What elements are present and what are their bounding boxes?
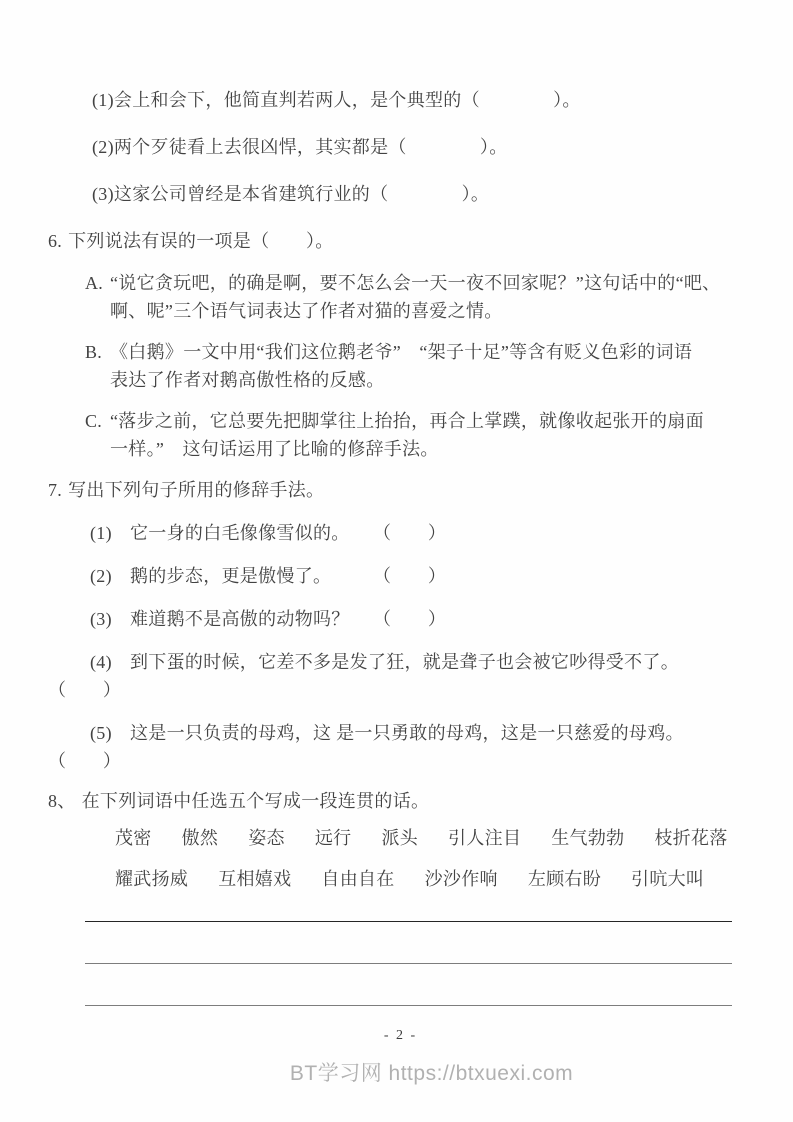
question-header: 7. 写出下列句子所用的修辞手法。 — [48, 476, 753, 504]
question-text: 写出下列句子所用的修辞手法。 — [68, 476, 324, 504]
word-item: 互相嬉戏 — [218, 865, 291, 893]
watermark: BT学习网 https://btxuexi.com — [48, 1057, 753, 1087]
answer-bracket: （ ） — [48, 747, 753, 775]
word-bank-row: 茂密傲然姿态远行派头引人注目生气勃勃枝折花落 — [115, 824, 753, 852]
question-text: 在下列词语中任选五个写成一段连贯的话。 — [82, 787, 430, 815]
item-sentence: 它一身的白毛像像雪似的。 — [130, 519, 373, 547]
word-item: 姿态 — [248, 824, 285, 852]
fill-blank-section: (1)会上和会下，他简直判若两人，是个典型的（ ）。 (2)两个歹徒看上去很凶悍… — [48, 86, 753, 208]
question-number: 7. — [48, 476, 62, 504]
item-sentence: 鹅的步态，更是傲慢了。 — [130, 562, 373, 590]
answer-bracket: （ ） — [373, 609, 446, 629]
option-line: 《白鹅》一文中用“我们这位鹅老爷” “架子十足”等含有贬义色彩的词语 — [110, 338, 692, 366]
word-item: 远行 — [315, 824, 352, 852]
item-sentence: 难道鹅不是高傲的动物吗？ — [130, 605, 373, 633]
option-line: “落步之前，它总要先把脚掌往上抬抬，再合上掌蹼，就像收起张开的扇面 — [110, 407, 704, 435]
option-text: “落步之前，它总要先把脚掌往上抬抬，再合上掌蹼，就像收起张开的扇面 一样。” 这… — [110, 407, 704, 463]
rhetoric-item: (5)这是一只负责的母鸡，这 是一只勇敢的母鸡，这是一只慈爱的母鸡。 （ ） — [90, 719, 753, 775]
item-text: 两个歹徒看上去很凶悍，其实都是（ ）。 — [114, 137, 508, 157]
item-number: (2) — [90, 562, 117, 590]
question-header: 6. 下列说法有误的一项是（ ）。 — [48, 227, 753, 255]
item-sentence: 这是一只负责的母鸡，这 是一只勇敢的母鸡，这是一只慈爱的母鸡。 — [130, 723, 684, 743]
rhetoric-item: (4)到下蛋的时候，它差不多是发了狂，就是聋子也会被它吵得受不了。 （ ） — [90, 648, 753, 704]
option-label: A. — [85, 269, 110, 325]
answer-line — [85, 1005, 732, 1006]
item-number: (2) — [92, 137, 114, 157]
item-sentence: 到下蛋的时候，它差不多是发了狂，就是聋子也会被它吵得受不了。 — [130, 652, 679, 672]
word-item: 枝折花落 — [654, 824, 727, 852]
item-text: 会上和会下，他简直判若两人，是个典型的（ ）。 — [114, 90, 581, 110]
question-number: 6. — [48, 227, 62, 255]
answer-bracket: （ ） — [373, 566, 446, 586]
item-number: (3) — [92, 184, 114, 204]
option-b: B. 《白鹅》一文中用“我们这位鹅老爷” “架子十足”等含有贬义色彩的词语 表达… — [85, 338, 753, 394]
word-item: 自由自在 — [321, 865, 394, 893]
word-item: 引人注目 — [448, 824, 521, 852]
word-bank-row: 耀武扬威互相嬉戏自由自在沙沙作响左顾右盼引吭大叫 — [115, 865, 753, 893]
fill-blank-item: (2)两个歹徒看上去很凶悍，其实都是（ ）。 — [92, 133, 753, 161]
answer-bracket: （ ） — [373, 523, 446, 543]
rhetoric-item: (2)鹅的步态，更是傲慢了。（ ） — [90, 562, 753, 590]
option-text: “说它贪玩吧，的确是啊，要不怎么会一天一夜不回家呢？”这句话中的“吧、 啊、呢”… — [110, 269, 720, 325]
word-item: 沙沙作响 — [425, 865, 498, 893]
word-item: 引吭大叫 — [631, 865, 704, 893]
option-line: “说它贪玩吧，的确是啊，要不怎么会一天一夜不回家呢？”这句话中的“吧、 — [110, 269, 720, 297]
answer-bracket: （ ） — [48, 676, 753, 704]
option-text: 《白鹅》一文中用“我们这位鹅老爷” “架子十足”等含有贬义色彩的词语 表达了作者… — [110, 338, 692, 394]
option-label: B. — [85, 338, 110, 394]
option-a: A. “说它贪玩吧，的确是啊，要不怎么会一天一夜不回家呢？”这句话中的“吧、 啊… — [85, 269, 753, 325]
item-text: 这家公司曾经是本省建筑行业的（ ）。 — [114, 184, 489, 204]
rhetoric-item: (1)它一身的白毛像像雪似的。（ ） — [90, 519, 753, 547]
word-item: 傲然 — [182, 824, 219, 852]
question-text: 下列说法有误的一项是（ ）。 — [68, 227, 334, 255]
fill-blank-item: (3)这家公司曾经是本省建筑行业的（ ）。 — [92, 180, 753, 208]
question-8: 8、 在下列词语中任选五个写成一段连贯的话。 茂密傲然姿态远行派头引人注目生气勃… — [48, 787, 753, 1006]
option-label: C. — [85, 407, 110, 463]
item-number: (1) — [92, 90, 114, 110]
question-7: 7. 写出下列句子所用的修辞手法。 (1)它一身的白毛像像雪似的。（ ） (2)… — [48, 476, 753, 775]
fill-blank-item: (1)会上和会下，他简直判若两人，是个典型的（ ）。 — [92, 86, 753, 114]
rhetoric-item: (3)难道鹅不是高傲的动物吗？（ ） — [90, 605, 753, 633]
word-item: 生气勃勃 — [551, 824, 624, 852]
word-item: 茂密 — [115, 824, 152, 852]
item-number: (5) — [90, 719, 117, 747]
question-header: 8、 在下列词语中任选五个写成一段连贯的话。 — [48, 787, 753, 815]
page-number: - 2 - — [48, 1028, 753, 1044]
item-number: (4) — [90, 648, 117, 676]
option-line: 表达了作者对鹅高傲性格的反感。 — [110, 366, 692, 394]
word-item: 派头 — [381, 824, 418, 852]
option-line: 一样。” 这句话运用了比喻的修辞手法。 — [110, 435, 704, 463]
document-page: (1)会上和会下，他简直判若两人，是个典型的（ ）。 (2)两个歹徒看上去很凶悍… — [0, 0, 793, 1122]
word-item: 耀武扬威 — [115, 865, 188, 893]
option-c: C. “落步之前，它总要先把脚掌往上抬抬，再合上掌蹼，就像收起张开的扇面 一样。… — [85, 407, 753, 463]
question-6: 6. 下列说法有误的一项是（ ）。 A. “说它贪玩吧，的确是啊，要不怎么会一天… — [48, 227, 753, 463]
answer-line — [85, 921, 732, 922]
answer-line — [85, 963, 732, 964]
answer-lines — [85, 921, 732, 1006]
word-item: 左顾右盼 — [528, 865, 601, 893]
option-line: 啊、呢”三个语气词表达了作者对猫的喜爱之情。 — [110, 297, 720, 325]
options-list: A. “说它贪玩吧，的确是啊，要不怎么会一天一夜不回家呢？”这句话中的“吧、 啊… — [85, 269, 753, 463]
item-number: (3) — [90, 605, 117, 633]
item-number: (1) — [90, 519, 117, 547]
question-number: 8、 — [48, 787, 76, 815]
